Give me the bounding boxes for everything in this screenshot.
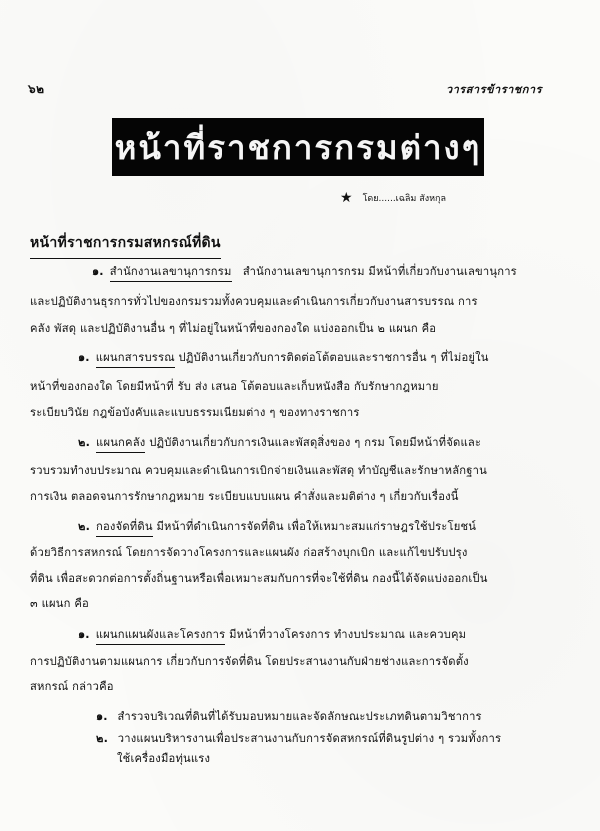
line-text: มีหน้าที่วางโครงการ ทำงบประมาณ และควบคุม — [229, 628, 466, 641]
byline: ★ โดย......เฉลิม สังหกุล — [340, 191, 446, 205]
item-number: ๒. — [78, 520, 90, 533]
task-number: ๒. — [96, 732, 108, 745]
paragraph-line: ๑.สำนักงานเลขานุการกรม สำนักงานเลขานุการ… — [92, 266, 517, 277]
document-page: ๖๒ วารสารข้าราชการ หน้าที่ราชการกรมต่างๆ… — [0, 0, 600, 831]
star-icon: ★ — [340, 191, 353, 205]
line-text: ปฏิบัติงานเกี่ยวกับการเงินและพัสดุสิ่งขอ… — [149, 436, 481, 449]
task-line: ๒. วางแผนบริหารงานเพื่อประสานงานกับการจั… — [96, 733, 501, 744]
paragraph-line: ๒.แผนกคลัง ปฏิบัติงานเกี่ยวกับการเงินและ… — [78, 437, 481, 448]
division-name: แผนกสารบรรณ — [96, 351, 175, 368]
paragraph-line: สหกรณ์ กล่าวคือ — [30, 681, 114, 692]
author: โดย......เฉลิม สังหกุล — [363, 191, 446, 205]
paragraph-line: ระเบียบวินัย กฎข้อบังคับและแบบธรรมเนียมต… — [30, 407, 360, 418]
paragraph-line: คลัง พัสดุ และปฏิบัติงานอื่น ๆ ที่ไม่อยู… — [30, 323, 566, 334]
paragraph-line: ที่ดิน เพื่อสะดวกต่อการตั้งถิ่นฐานหรือเพ… — [30, 573, 488, 584]
division-name: สำนักงานเลขานุการกรม — [110, 265, 232, 282]
paragraph-line: รวบรวมทำงบประมาณ ควบคุมและดำเนินการเบิกจ… — [30, 465, 487, 476]
task-number: ๑. — [96, 710, 108, 723]
paragraph-line: และปฏิบัติงานธุรการทั่วไปของกรมรวมทั้งคว… — [30, 296, 566, 307]
line-text: สำนักงานเลขานุการกรม มีหน้าที่เกี่ยวกับง… — [235, 265, 517, 278]
line-text: ปฏิบัติงานเกี่ยวกับการติดต่อโต้ตอบและราช… — [179, 351, 489, 364]
section-heading: หน้าที่ราชการกรมสหกรณ์ที่ดิน — [30, 232, 221, 259]
division-name: แผนกคลัง — [96, 436, 145, 453]
paragraph-line: ๒.กองจัดที่ดิน มีหน้าที่ดำเนินการจัดที่ด… — [78, 521, 476, 532]
paragraph-line: ๑.แผนกแผนผังและโครงการ มีหน้าที่วางโครงก… — [78, 629, 466, 640]
paragraph-line: ๑.แผนกสารบรรณ ปฏิบัติงานเกี่ยวกับการติดต… — [78, 352, 489, 363]
item-number: ๒. — [78, 436, 90, 449]
division-name: แผนกแผนผังและโครงการ — [96, 628, 226, 645]
journal-name: วารสารข้าราชการ — [446, 80, 542, 98]
article-title: หน้าที่ราชการกรมต่างๆ — [115, 121, 482, 174]
task-text: วางแผนบริหารงานเพื่อประสานงานกับการจัดสห… — [118, 732, 501, 745]
task-text: สำรวจบริเวณที่ดินที่ได้รับมอบหมายและจัดล… — [118, 710, 482, 723]
task-line: ๑. สำรวจบริเวณที่ดินที่ได้รับมอบหมายและจ… — [96, 711, 482, 722]
page-number: ๖๒ — [28, 80, 45, 99]
paragraph-line: ด้วยวิธีการสหกรณ์ โดยการจัดวางโครงการและ… — [30, 547, 468, 558]
page-header: ๖๒ วารสารข้าราชการ — [0, 80, 600, 100]
paragraph-line: การเงิน ตลอดจนการรักษากฎหมาย ระเบียบแบบแ… — [30, 491, 459, 502]
title-banner: หน้าที่ราชการกรมต่างๆ — [112, 118, 484, 176]
division-name: กองจัดที่ดิน — [96, 520, 153, 537]
paragraph-line: การปฏิบัติงานตามแผนการ เกี่ยวกับการจัดที… — [30, 656, 469, 667]
line-text: มีหน้าที่ดำเนินการจัดที่ดิน เพื่อให้เหมา… — [156, 520, 476, 533]
paragraph-line: หน้าที่ของกองใด โดยมีหน้าที่ รับ ส่ง เสน… — [30, 381, 439, 392]
item-number: ๑. — [92, 265, 104, 278]
item-number: ๑. — [78, 351, 90, 364]
paragraph-line: ๓ แผนก คือ — [30, 598, 89, 609]
task-line: ใช้เครื่องมือทุ่นแรง — [117, 753, 210, 764]
item-number: ๑. — [78, 628, 90, 641]
